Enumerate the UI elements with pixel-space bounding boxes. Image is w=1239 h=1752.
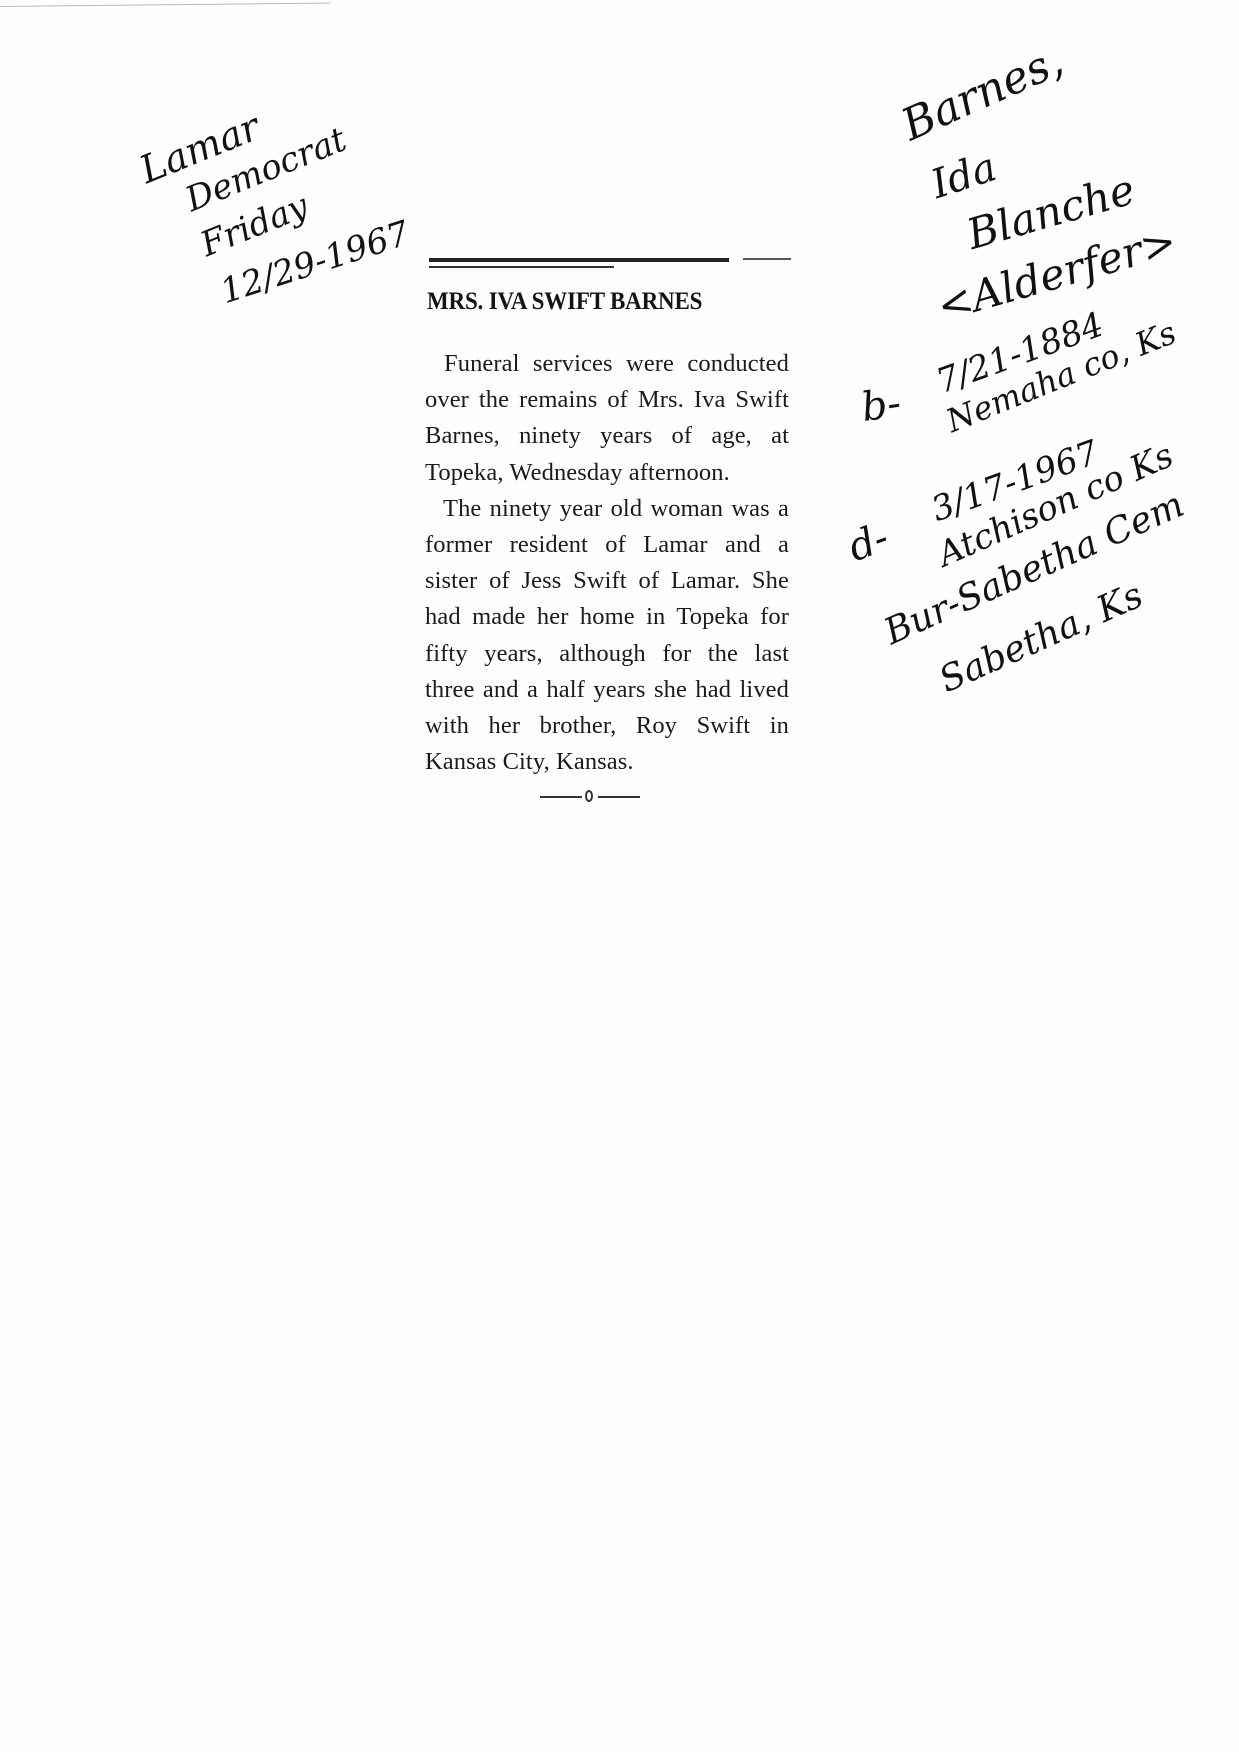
header-rules (425, 258, 795, 268)
obituary-headline: MRS. IVA SWIFT BARNES (427, 288, 766, 316)
subject-given-name-1: Ida (926, 144, 1002, 208)
separator-line-right (598, 796, 640, 798)
top-rule-tail (743, 258, 791, 260)
separator-circle (585, 790, 593, 802)
obituary-body: Funeral services were conducted over the… (425, 346, 789, 780)
newspaper-clipping: MRS. IVA SWIFT BARNES Funeral services w… (425, 258, 795, 804)
subject-surname: Barnes, (894, 35, 1071, 151)
birth-label: b- (859, 380, 904, 431)
obituary-paragraph: Funeral services were conducted over the… (425, 346, 789, 491)
page-edge-line (0, 3, 330, 7)
death-label: d- (842, 514, 894, 571)
separator-line-left (540, 796, 582, 798)
end-mark-separator (540, 790, 640, 804)
obituary-paragraph: The ninety year old woman was a former r… (425, 491, 789, 781)
top-rule-thick (429, 258, 729, 262)
top-rule-thin (429, 266, 614, 268)
